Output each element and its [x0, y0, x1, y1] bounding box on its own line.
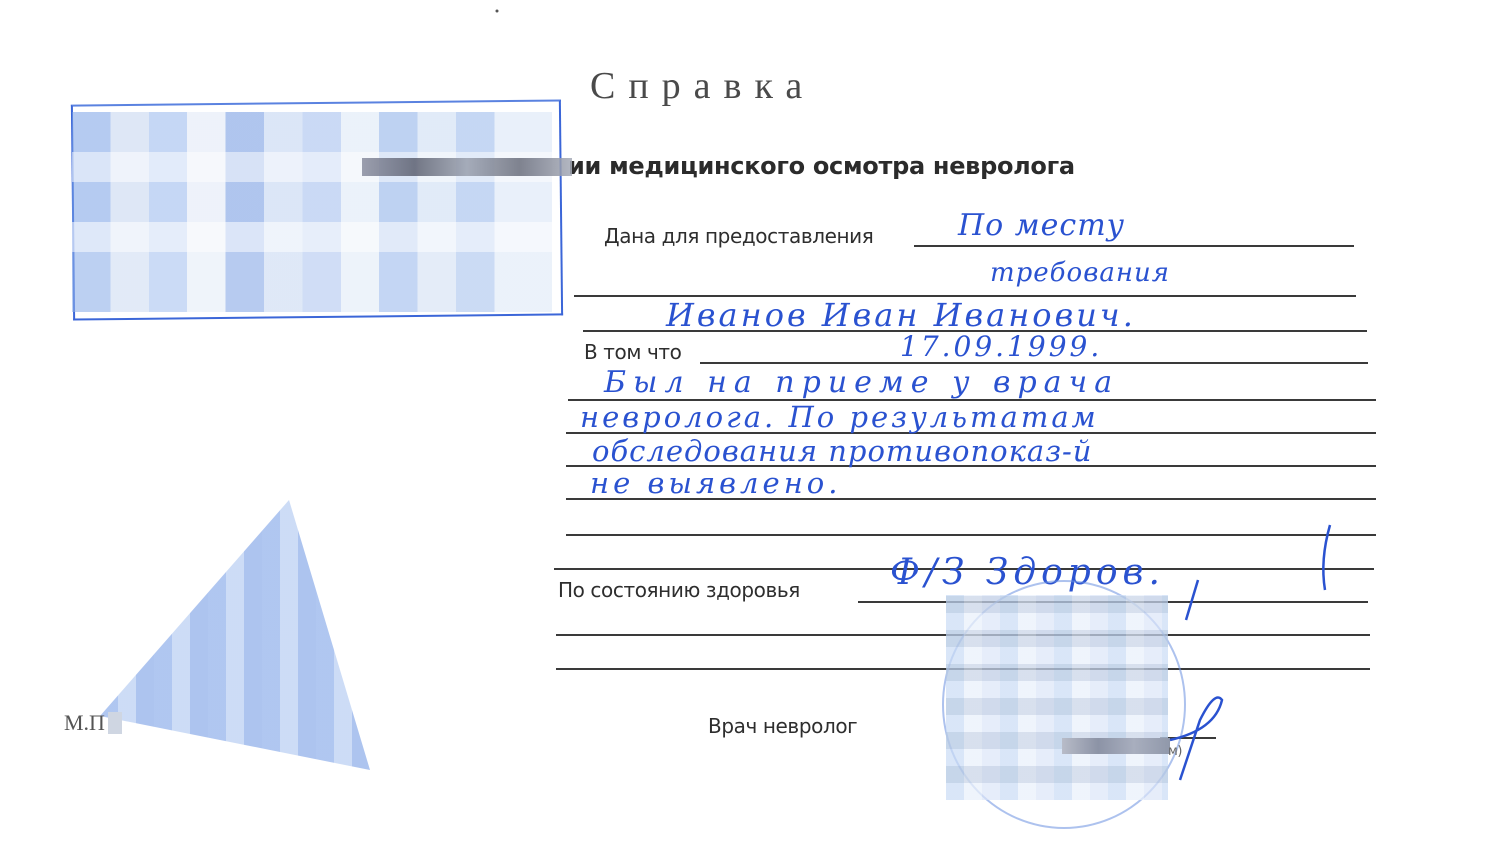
redacted-institution — [72, 112, 552, 312]
page-title: Справка — [590, 64, 815, 108]
subtitle-text: ии медицинского осмотра невролога — [568, 152, 1075, 180]
line-9 — [566, 534, 1376, 536]
document-subtitle: ии медицинского осмотра невролога — [568, 152, 1075, 180]
given-for-label: Дана для предоставления — [604, 224, 873, 248]
handwritten-patient-name: Иванов Иван Иванович. — [666, 296, 1136, 334]
in-that-label: В том что — [584, 340, 682, 364]
handwritten-birth-date: 17.09.1999. — [900, 330, 1102, 363]
redacted-doctor-stamp — [946, 595, 1168, 800]
redacted-stamp-triangle — [100, 500, 370, 770]
redacted-text — [108, 712, 122, 734]
redacted-doctor-name — [1062, 738, 1170, 754]
stamp-place-label: М.П — [64, 710, 105, 736]
handwritten-given-for-1: По месту — [958, 208, 1125, 243]
redacted-text — [362, 158, 572, 176]
signature-caption: м) — [1168, 744, 1182, 759]
handwritten-body-1: Был на приеме у врача — [604, 365, 1119, 400]
handwritten-body-3: обследования противопоказ-й — [592, 434, 1093, 468]
handwritten-body-2: невролога. По результатам — [580, 400, 1099, 434]
handwritten-body-4: не выявлено. — [590, 466, 841, 500]
doctor-label: Врач невролог — [708, 714, 857, 738]
handwritten-given-for-2: требования — [990, 258, 1170, 288]
health-label: По состоянию здоровья — [558, 578, 800, 602]
line-given-for — [914, 245, 1354, 247]
